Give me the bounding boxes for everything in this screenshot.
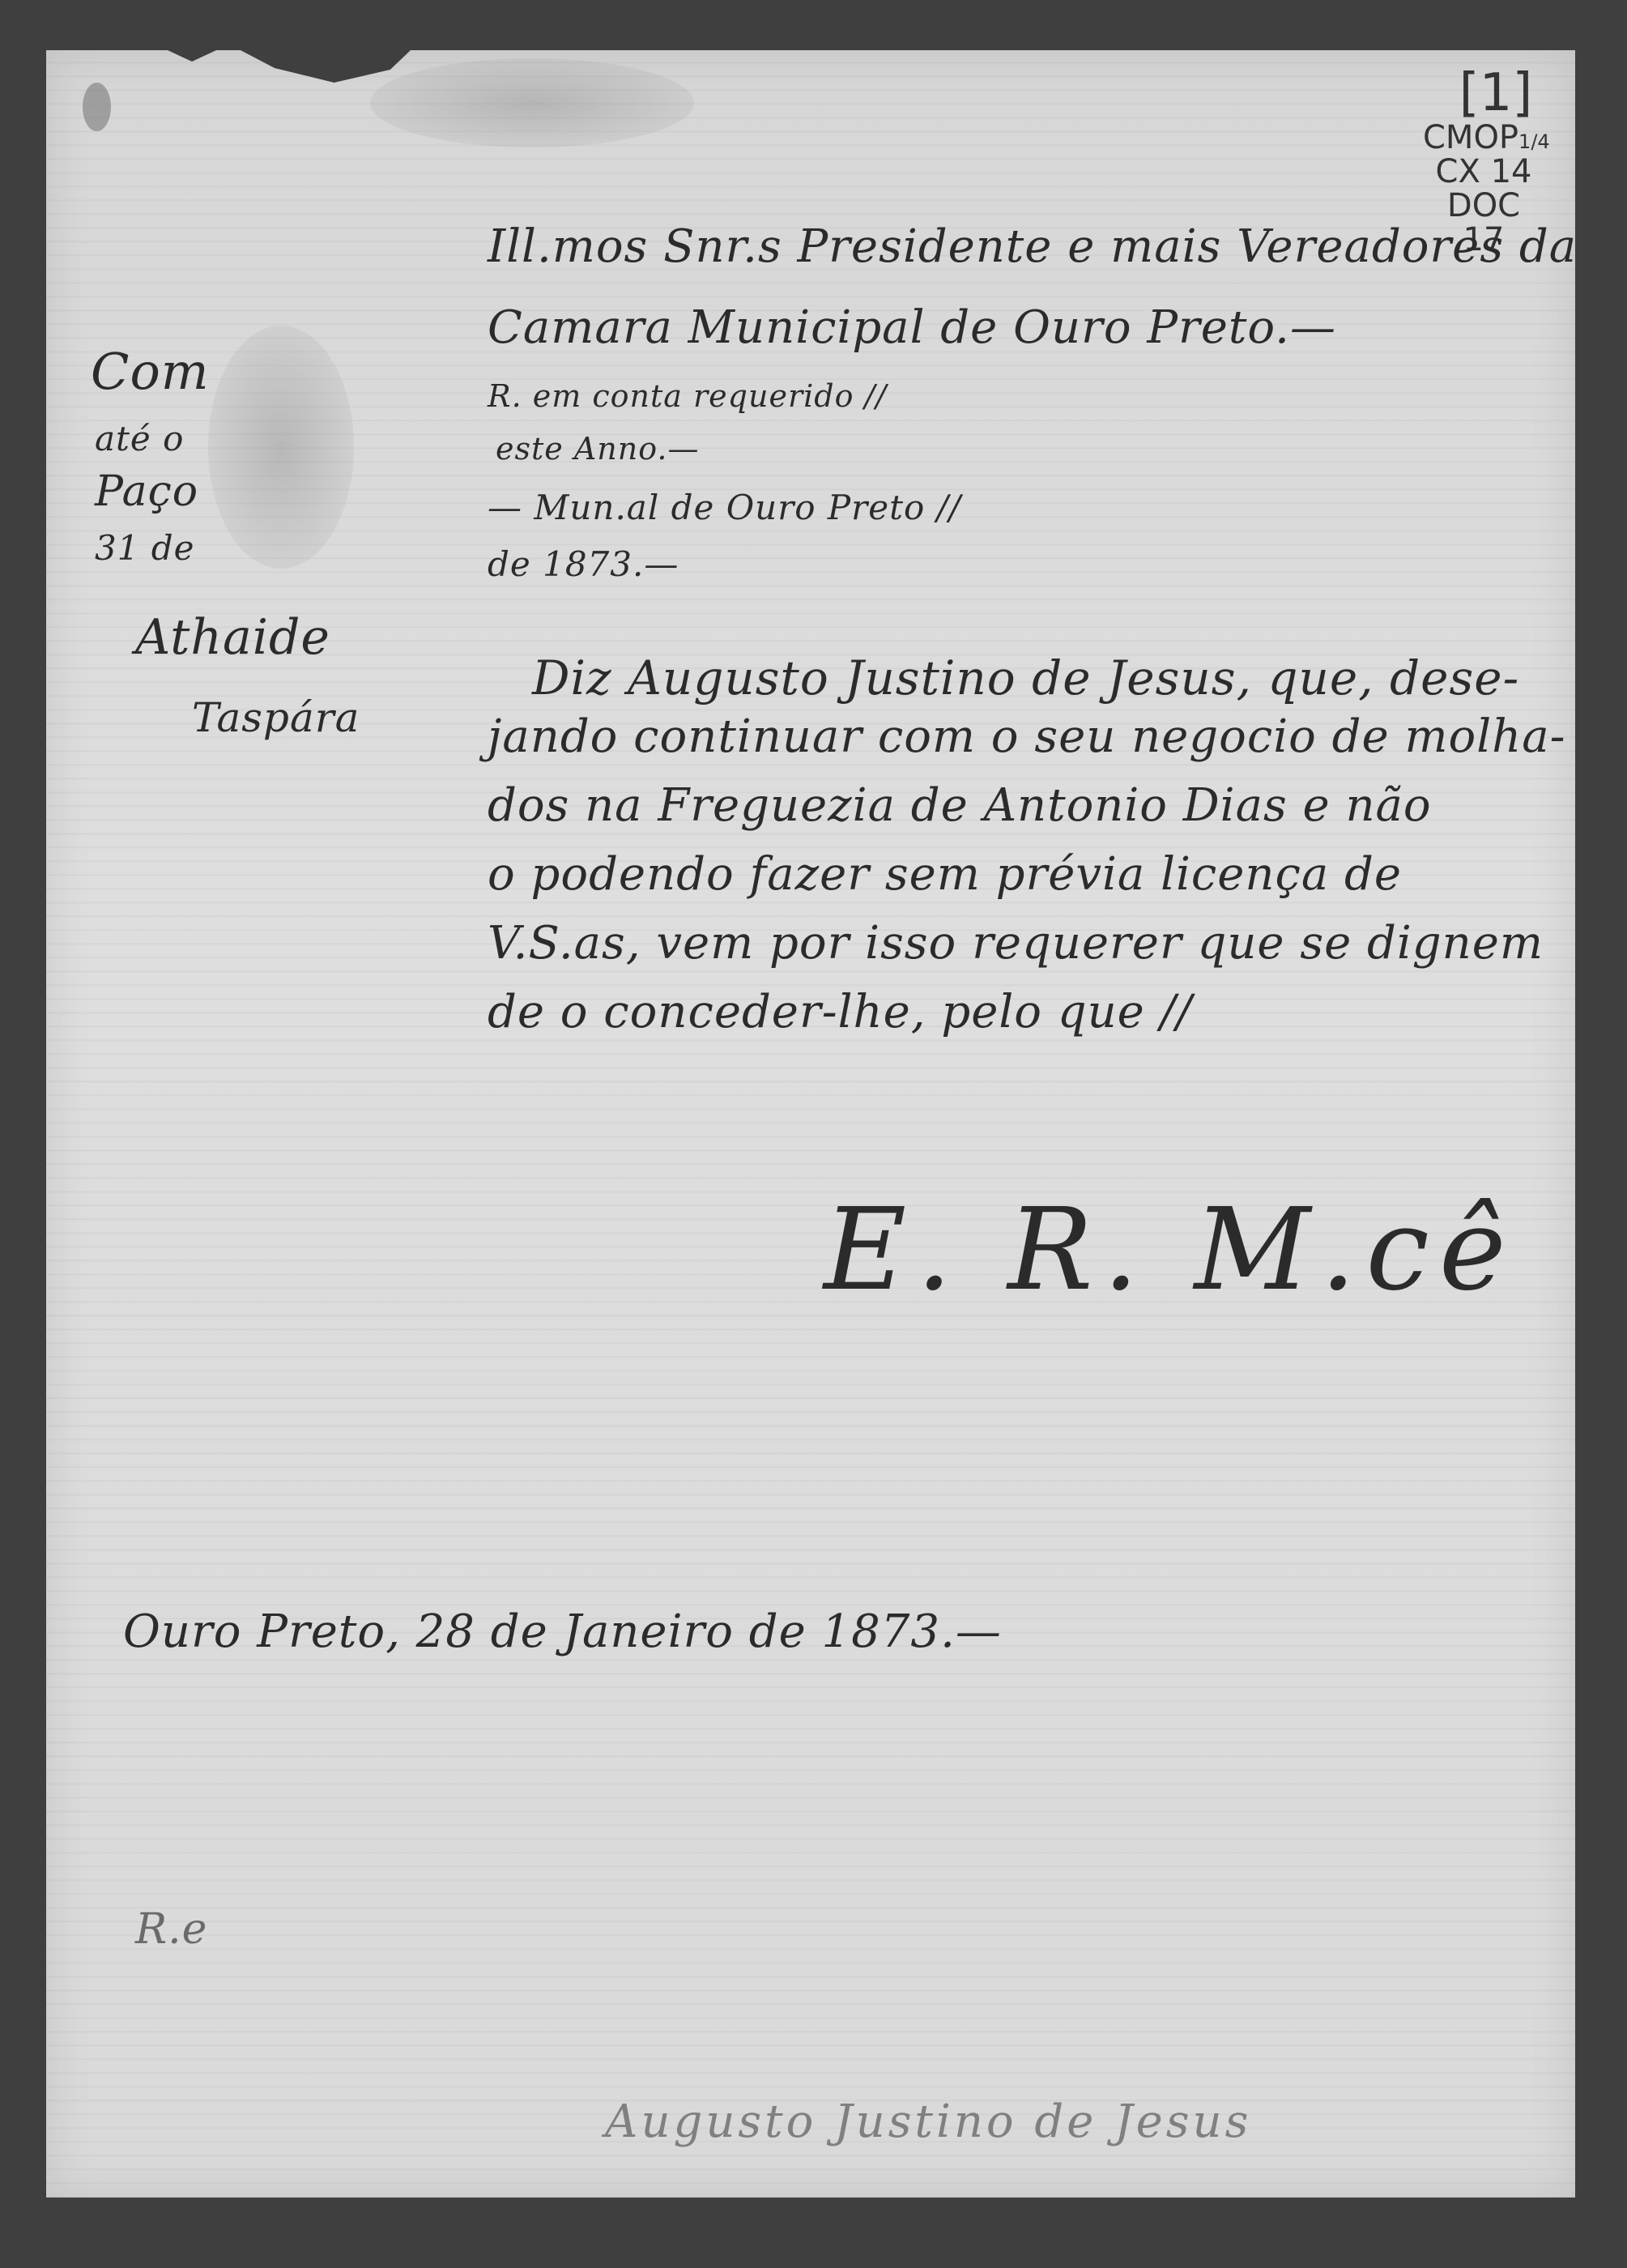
margin-signature-1: Athaide [135, 609, 330, 666]
margin-note-line-3: Paço [95, 467, 198, 516]
margin-note-line-1: Com [91, 342, 210, 401]
body-line-3: dos na Freguezia de Antonio Dias e não [488, 779, 1432, 832]
petitioner-signature: Augusto Justino de Jesus [605, 2095, 1251, 2148]
water-stain-margin [208, 326, 354, 569]
pencil-initials: R.e [135, 1905, 207, 1954]
archive-box: CX 14 [1423, 155, 1544, 189]
body-line-4: o podendo fazer sem prévia licença de [488, 848, 1402, 901]
body-line-5: V.S.as, vem por isso requerer que se dig… [488, 917, 1544, 970]
body-line-2: jando continuar com o seu negocio de mol… [488, 710, 1566, 763]
dispatch-line-3: — Mun.al de Ouro Preto // [488, 488, 961, 527]
archive-fund-fraction: 1/4 [1518, 130, 1550, 153]
closing-formula: E. R. M.cê [824, 1184, 1516, 1316]
archive-page-number: [1] [1447, 66, 1544, 121]
margin-signature-2: Taspára [192, 694, 360, 741]
ink-blot [83, 83, 111, 131]
torn-edge-top-small [168, 50, 216, 62]
document-page: [1] CMOP1/4 CX 14 DOC 17 Ill.mos Snr.s P… [46, 50, 1575, 2198]
address-line-1: Ill.mos Snr.s Presidente e mais Vereador… [488, 220, 1577, 273]
body-line-6: de o conceder-lhe, pelo que // [488, 986, 1192, 1038]
body-line-1: Diz Augusto Justino de Jesus, que, dese- [532, 621, 1519, 725]
dispatch-line-2: este Anno.— [496, 431, 700, 467]
margin-note-line-2: até o [95, 419, 184, 458]
margin-note-line-4: 31 de [95, 528, 195, 568]
address-line-2: Camara Municipal de Ouro Preto.— [488, 301, 1336, 354]
archive-fund: CMOP1/4 [1423, 121, 1544, 155]
water-stain [370, 58, 694, 147]
torn-edge-top [241, 50, 411, 83]
dispatch-line-4: de 1873.— [488, 544, 679, 584]
dispatch-line-1: R. em conta requerido // [488, 378, 887, 414]
place-date: Ouro Preto, 28 de Janeiro de 1873.— [123, 1605, 1002, 1658]
